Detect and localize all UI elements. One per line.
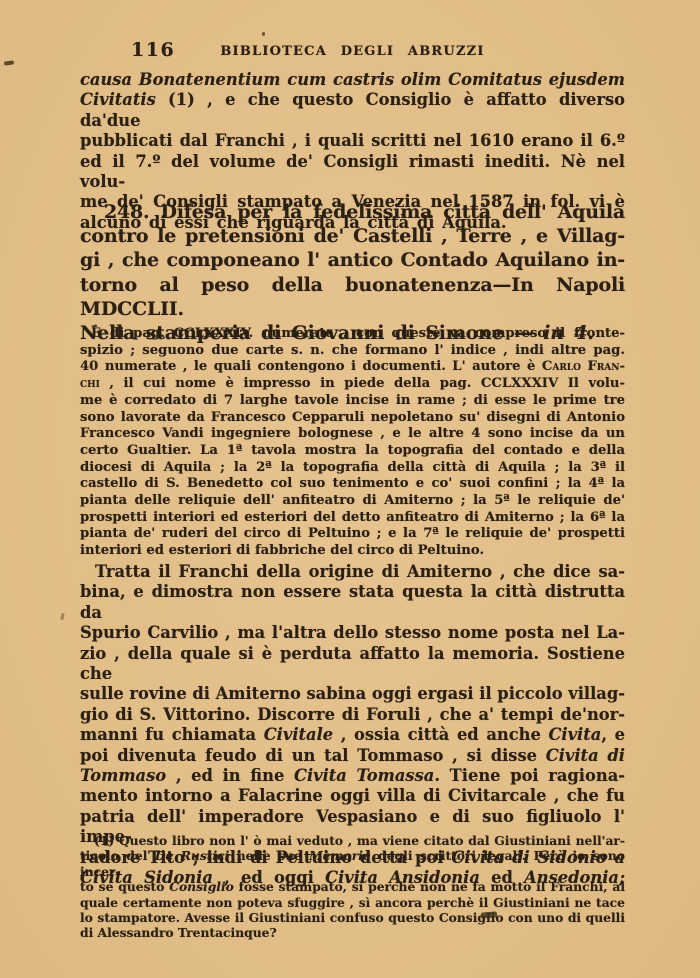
text-segment: 248. Difesa per la fedelissima città del…	[104, 201, 625, 223]
footnote: (1) Questo libro non l' ò mai veduto , m…	[80, 833, 625, 941]
text-line: causa Bonatenentium cum castris olim Com…	[80, 70, 625, 90]
text-line: sono lavorate da Francesco Cepparuli nep…	[80, 410, 625, 427]
text-segment: torno al peso della buonatenenza—In Napo…	[80, 274, 625, 320]
running-title: BIBLIOTECA DEGLI ABRUZZI	[80, 44, 625, 59]
text-segment: zio , della quale si è perduta affatto l…	[80, 644, 625, 683]
italic-text: Civita	[548, 725, 601, 744]
text-line: Tommaso , ed in fine Civita Tomassa. Tie…	[80, 766, 625, 786]
text-segment: , ossia città ed anche	[333, 725, 548, 744]
text-line: Tratta il Franchi della origine di Amite…	[80, 562, 625, 582]
text-segment: manni fu chiamata	[80, 725, 264, 744]
text-segment: poi divenuta feudo di un tal Tommaso , s…	[80, 746, 546, 765]
text-segment: di Alessandro Trentacinque?	[80, 925, 277, 940]
text-line: manni fu chiamata Civitale , ossia città…	[80, 725, 625, 745]
text-segment: lo stampatore. Avesse il Giustiniani con…	[80, 910, 625, 925]
italic-text: Civita Tomassa	[294, 766, 434, 785]
text-segment: diocesi di Aquila ; la 2ª la topografia …	[80, 460, 625, 475]
text-line: Spurio Carvilio , ma l'altra dello stess…	[80, 623, 625, 643]
text-segment: 40 numerate , le quali contengono i docu…	[80, 359, 542, 374]
small-caps-text: Carlo Fran-	[542, 359, 625, 374]
text-segment: interiori ed esteriori di fabbriche del …	[80, 543, 484, 558]
text-line: È di pag. CCLXXXIV. numerate , con quest…	[80, 326, 625, 343]
italic-text: Consiglio	[169, 879, 234, 894]
text-line: castello di S. Benedetto col suo tenimen…	[80, 476, 625, 493]
text-line: gio di S. Vittorino. Discorre di Foruli …	[80, 705, 625, 725]
text-segment: bina, e dimostra non essere stata questa…	[80, 582, 625, 621]
text-line: spizio ; seguono due carte s. n. che for…	[80, 343, 625, 360]
text-segment: , ed in fine	[166, 766, 294, 785]
text-line: contro le pretensioni de' Castelli , Ter…	[80, 224, 625, 248]
scanned-book-page: 116 BIBLIOTECA DEGLI ABRUZZI causa Bonat…	[0, 0, 700, 978]
text-segment: gi , che componeano l' antico Contado Aq…	[80, 249, 625, 271]
text-line: gi , che componeano l' antico Contado Aq…	[80, 248, 625, 272]
text-line: (1) Questo libro non l' ò mai veduto , m…	[80, 833, 625, 848]
text-line: bina, e dimostra non essere stata questa…	[80, 582, 625, 623]
text-line: certo Gualtier. La 1ª tavola mostra la t…	[80, 443, 625, 460]
italic-text: Memorie	[309, 848, 371, 863]
italic-text: Civita di	[546, 746, 625, 765]
bibliographic-note: È di pag. CCLXXXIV. numerate , con quest…	[80, 326, 625, 560]
small-caps-text: chi	[80, 376, 100, 391]
italic-text: Civitatis	[80, 90, 156, 109]
text-segment: spizio ; seguono due carte s. n. che for…	[80, 343, 625, 358]
text-line: Civitatis (1) , e che questo Consiglio è…	[80, 90, 625, 131]
text-segment: contro le pretensioni de' Castelli , Ter…	[80, 225, 625, 247]
text-line: 40 numerate , le quali contengono i docu…	[80, 359, 625, 376]
text-segment: certo Gualtier. La 1ª tavola mostra la t…	[80, 443, 625, 458]
text-line: pubblicati dal Franchi , i quali scritti…	[80, 131, 625, 151]
italic-text: Civitale	[264, 725, 333, 744]
text-segment: fosse stampato, sì perchè non ne fa mott…	[234, 879, 625, 894]
text-segment: pubblicati dal Franchi , i quali scritti…	[80, 131, 625, 150]
text-line: ticolo del De Rustici nelle sue Memorie …	[80, 848, 625, 879]
left-margin-speck	[60, 613, 64, 620]
text-segment: È di pag. CCLXXXIV. numerate , con quest…	[91, 326, 625, 341]
text-line: mento intorno a Falacrine oggi villa di …	[80, 786, 625, 806]
text-line: torno al peso della buonatenenza—In Napo…	[80, 273, 625, 321]
text-line: lo stampatore. Avesse il Giustiniani con…	[80, 910, 625, 925]
text-segment: to se questo	[80, 879, 169, 894]
text-line: interiori ed esteriori di fabbriche del …	[80, 543, 625, 560]
text-line: prospetti interiori ed esteriori del det…	[80, 510, 625, 527]
text-line: zio , della quale si è perduta affatto l…	[80, 644, 625, 685]
italic-text: causa Bonatenentium cum castris olim Com…	[80, 70, 625, 89]
text-line: ed il 7.º del volume de' Consigli rimast…	[80, 152, 625, 193]
text-segment: quale certamente non poteva sfuggire , s…	[80, 895, 625, 910]
text-segment: prospetti interiori ed esteriori del det…	[80, 510, 625, 525]
text-segment: . Tiene poi ragiona-	[434, 766, 625, 785]
text-segment: pianta delle reliquie dell' anfiteatro d…	[80, 493, 625, 508]
text-line: chi , il cui nome è impresso in piede de…	[80, 376, 625, 393]
text-segment: sulle rovine di Amiterno sabina oggi erg…	[80, 684, 625, 703]
text-segment: mento intorno a Falacrine oggi villa di …	[80, 786, 625, 805]
text-segment: ticolo del	[80, 848, 155, 863]
text-line: poi divenuta feudo di un tal Tommaso , s…	[80, 746, 625, 766]
left-edge-ink-dash	[4, 60, 14, 65]
text-line: me è corredato di 7 larghe tavole incise…	[80, 393, 625, 410]
text-segment: (1) , e che questo Consiglio è affatto d…	[80, 90, 625, 129]
text-line: to se questo Consiglio fosse stampato, s…	[80, 879, 625, 894]
text-segment: , il cui nome è impresso in piede della …	[100, 376, 625, 391]
text-segment: ed il 7.º del volume de' Consigli rimast…	[80, 152, 625, 191]
text-segment: Spurio Carvilio , ma l'altra dello stess…	[80, 623, 625, 642]
speck-above-title	[262, 32, 265, 36]
text-segment: gio di S. Vittorino. Discorre di Foruli …	[80, 705, 625, 724]
text-segment: Francesco Vandi ingegniere bolognese , e…	[80, 426, 625, 441]
text-segment: castello di S. Benedetto col suo tenimen…	[80, 476, 625, 491]
text-line: Francesco Vandi ingegniere bolognese , e…	[80, 426, 625, 443]
italic-text: Tommaso	[80, 766, 166, 785]
text-segment: sono lavorate da Francesco Cepparuli nep…	[80, 410, 625, 425]
text-line: sulle rovine di Amiterno sabina oggi erg…	[80, 684, 625, 704]
text-line: diocesi di Aquila ; la 2ª la topografia …	[80, 460, 625, 477]
text-segment: , e	[601, 725, 625, 744]
text-line: di Alessandro Trentacinque?	[80, 925, 625, 940]
text-segment: (1) Questo libro non l' ò mai veduto , m…	[94, 833, 625, 848]
text-line: pianta de' ruderi del circo di Peltuino …	[80, 526, 625, 543]
text-line: quale certamente non poteva sfuggire , s…	[80, 895, 625, 910]
text-segment: me è corredato di 7 larghe tavole incise…	[80, 393, 625, 408]
text-segment: Tratta il Franchi della origine di Amite…	[95, 562, 625, 581]
text-line: 248. Difesa per la fedelissima città del…	[80, 200, 625, 224]
text-segment: nelle sue	[229, 848, 309, 863]
text-segment: pianta de' ruderi del circo di Peltuino …	[80, 526, 625, 541]
text-line: pianta delle reliquie dell' anfiteatro d…	[80, 493, 625, 510]
italic-text: De Rustici	[155, 848, 229, 863]
entry-248-heading: 248. Difesa per la fedelissima città del…	[80, 200, 625, 345]
